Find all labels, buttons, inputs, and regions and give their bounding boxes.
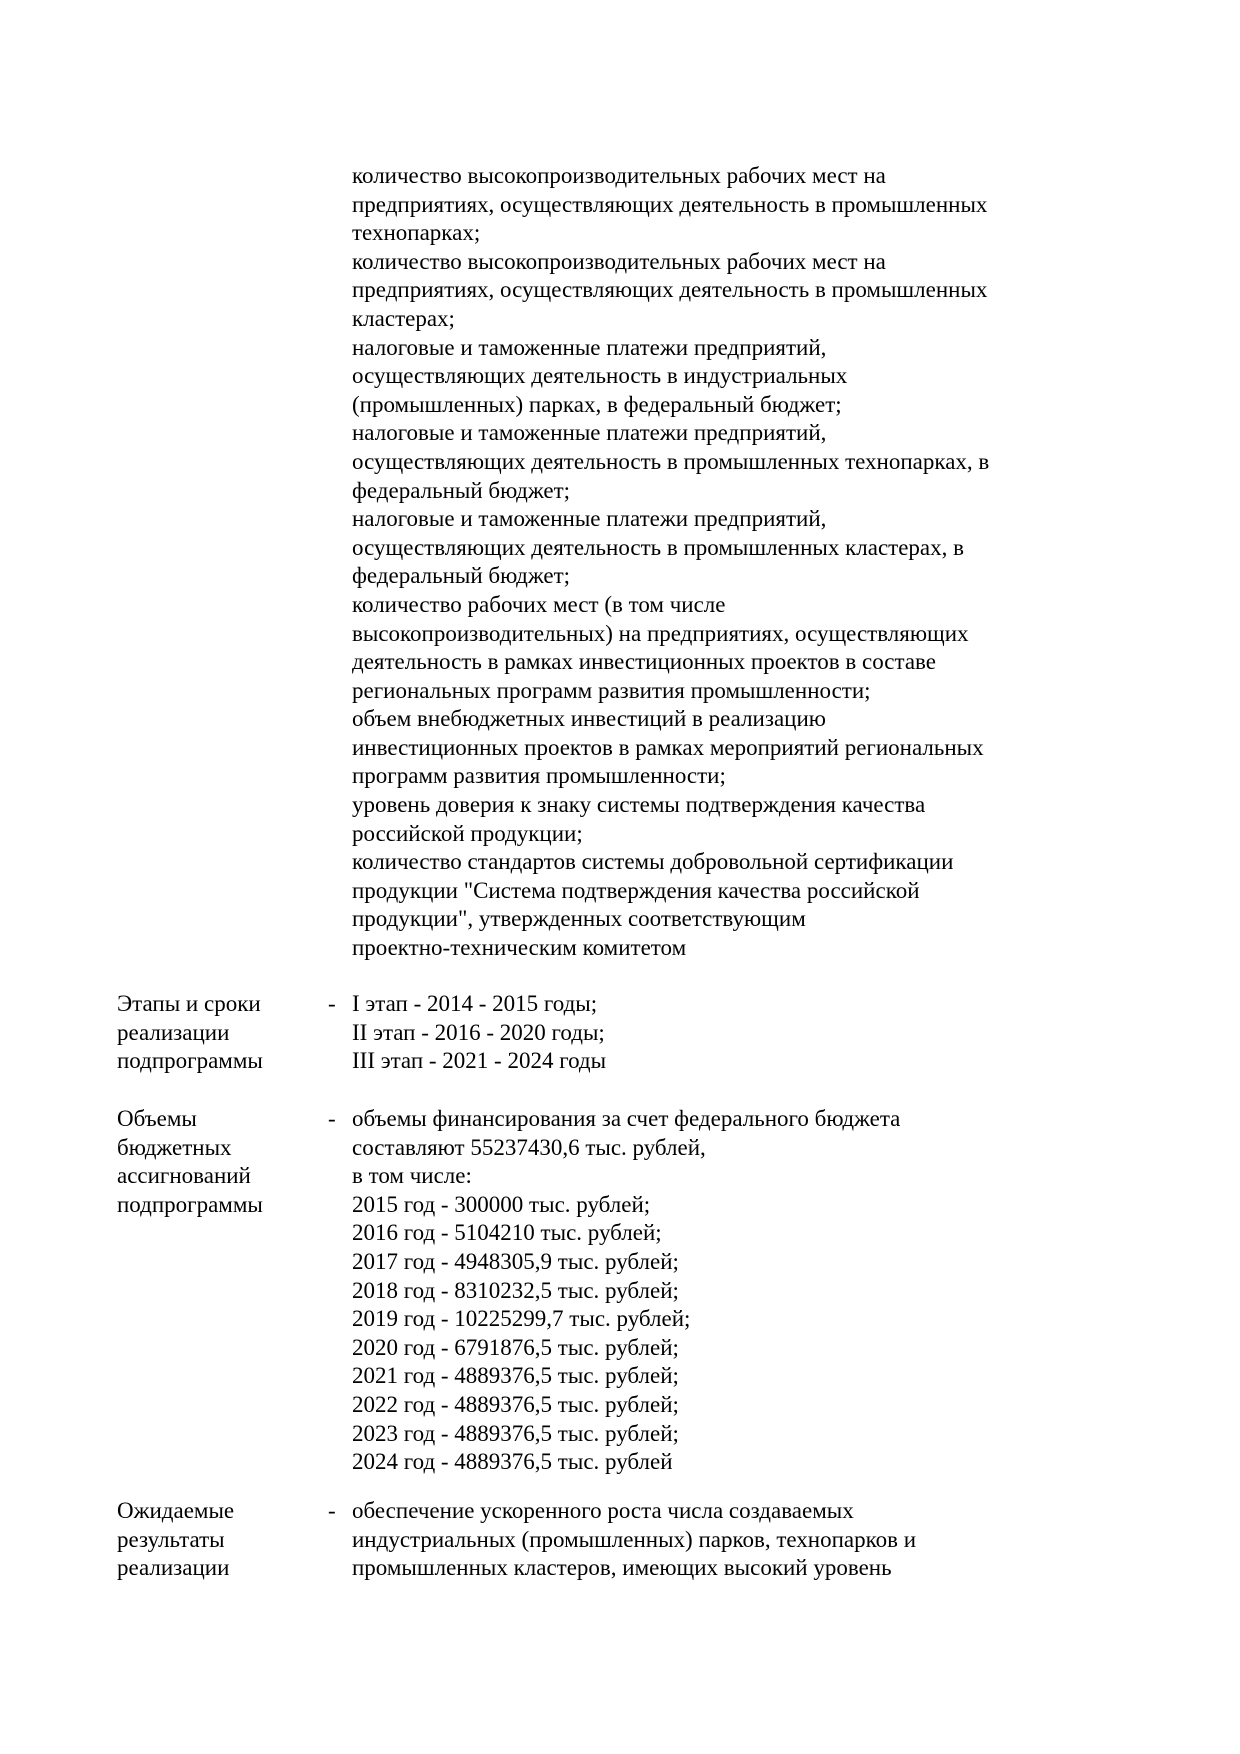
text-line: промышленных кластеров, имеющих высокий … — [352, 1554, 916, 1583]
document-page: количество высокопроизводительных рабочи… — [0, 0, 1240, 1754]
text-line: кластерах; — [352, 305, 989, 334]
text-line: количество высокопроизводительных рабочи… — [352, 162, 989, 191]
text-line: 2021 год - 4889376,5 тыс. рублей; — [352, 1362, 900, 1391]
text-line: проектно-техническим комитетом — [352, 934, 989, 963]
text-line: налоговые и таможенные платежи предприят… — [352, 334, 989, 363]
text-line: уровень доверия к знаку системы подтверж… — [352, 791, 989, 820]
text-line: бюджетных — [117, 1134, 317, 1163]
text-line: индустриальных (промышленных) парков, те… — [352, 1526, 916, 1555]
text-line: подпрограммы — [117, 1191, 317, 1220]
text-line: в том числе: — [352, 1162, 900, 1191]
text-line: деятельность в рамках инвестиционных про… — [352, 648, 989, 677]
text-line: результаты — [117, 1526, 317, 1555]
text-line: высокопроизводительных) на предприятиях,… — [352, 620, 989, 649]
text-line: Ожидаемые — [117, 1497, 317, 1526]
text-line: осуществляющих деятельность в промышленн… — [352, 534, 989, 563]
text-line: III этап - 2021 - 2024 годы — [352, 1047, 606, 1076]
text-line: количество высокопроизводительных рабочи… — [352, 248, 989, 277]
text-line: I этап - 2014 - 2015 годы; — [352, 990, 606, 1019]
text-line: Этапы и сроки — [117, 990, 317, 1019]
text-line: осуществляющих деятельность в индустриал… — [352, 362, 989, 391]
text-line: 2019 год - 10225299,7 тыс. рублей; — [352, 1305, 900, 1334]
text-line: налоговые и таможенные платежи предприят… — [352, 419, 989, 448]
text-line: предприятиях, осуществляющих деятельност… — [352, 191, 989, 220]
text-line: 2020 год - 6791876,5 тыс. рублей; — [352, 1334, 900, 1363]
row-label: Этапы и срокиреализацииподпрограммы — [117, 990, 317, 1076]
text-line: технопарках; — [352, 219, 989, 248]
text-line: II этап - 2016 - 2020 годы; — [352, 1019, 606, 1048]
text-line: российской продукции; — [352, 820, 989, 849]
text-line: объемы финансирования за счет федерально… — [352, 1105, 900, 1134]
row-dash: - — [328, 1105, 336, 1134]
text-line: 2023 год - 4889376,5 тыс. рублей; — [352, 1420, 900, 1449]
text-line: составляют 55237430,6 тыс. рублей, — [352, 1134, 900, 1163]
text-line: продукции "Система подтверждения качеств… — [352, 877, 989, 906]
row-dash: - — [328, 1497, 336, 1526]
text-line: реализации — [117, 1554, 317, 1583]
row-value: объемы финансирования за счет федерально… — [352, 1105, 900, 1477]
text-line: 2016 год - 5104210 тыс. рублей; — [352, 1219, 900, 1248]
text-line: 2024 год - 4889376,5 тыс. рублей — [352, 1448, 900, 1477]
text-line: предприятиях, осуществляющих деятельност… — [352, 276, 989, 305]
row-value: обеспечение ускоренного роста числа созд… — [352, 1497, 916, 1583]
text-line: подпрограммы — [117, 1047, 317, 1076]
text-line: 2018 год - 8310232,5 тыс. рублей; — [352, 1277, 900, 1306]
text-line: региональных программ развития промышлен… — [352, 677, 989, 706]
text-line: федеральный бюджет; — [352, 477, 989, 506]
text-line: 2015 год - 300000 тыс. рублей; — [352, 1191, 900, 1220]
text-line: Объемы — [117, 1105, 317, 1134]
text-line: федеральный бюджет; — [352, 562, 989, 591]
row-label: Ожидаемыерезультатыреализации — [117, 1497, 317, 1583]
text-line: количество рабочих мест (в том числе — [352, 591, 989, 620]
row-value: I этап - 2014 - 2015 годы;II этап - 2016… — [352, 990, 606, 1076]
indicators-continuation: количество высокопроизводительных рабочи… — [352, 162, 989, 963]
row-dash: - — [328, 990, 336, 1019]
text-line: объем внебюджетных инвестиций в реализац… — [352, 705, 989, 734]
text-line: количество стандартов системы добровольн… — [352, 848, 989, 877]
text-line: программ развития промышленности; — [352, 762, 989, 791]
row-label: Объемыбюджетныхассигнованийподпрограммы — [117, 1105, 317, 1219]
text-line: продукции", утвержденных соответствующим — [352, 905, 989, 934]
text-line: (промышленных) парках, в федеральный бюд… — [352, 391, 989, 420]
text-line: налоговые и таможенные платежи предприят… — [352, 505, 989, 534]
text-line: инвестиционных проектов в рамках меропри… — [352, 734, 989, 763]
text-line: ассигнований — [117, 1162, 317, 1191]
text-line: осуществляющих деятельность в промышленн… — [352, 448, 989, 477]
text-line: 2017 год - 4948305,9 тыс. рублей; — [352, 1248, 900, 1277]
text-line: обеспечение ускоренного роста числа созд… — [352, 1497, 916, 1526]
text-line: 2022 год - 4889376,5 тыс. рублей; — [352, 1391, 900, 1420]
text-line: реализации — [117, 1019, 317, 1048]
